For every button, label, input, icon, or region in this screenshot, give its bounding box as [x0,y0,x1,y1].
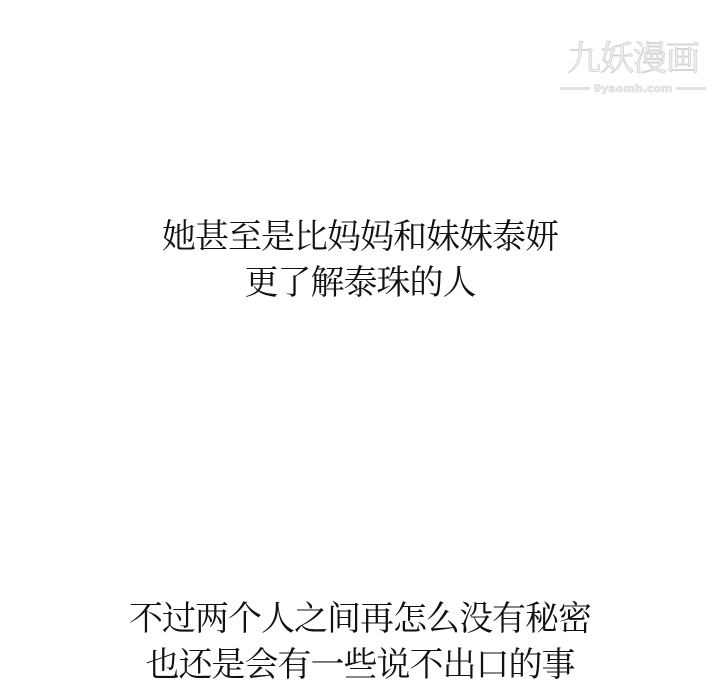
caption-bottom-line-1: 不过两个人之间再怎么没有秘密 [0,596,720,642]
watermark-divider-left [560,87,590,90]
watermark-subtitle: 9yaomh.com [594,82,673,95]
caption-top-line-1: 她甚至是比妈妈和妹妹泰妍 [0,214,720,260]
caption-bottom: 不过两个人之间再怎么没有秘密 也还是会有一些说不出口的事 [0,596,720,688]
watermark-subtitle-row: 9yaomh.com [548,82,718,95]
watermark-title: 九妖漫画 [548,40,718,78]
caption-top: 她甚至是比妈妈和妹妹泰妍 更了解泰珠的人 [0,214,720,306]
watermark-divider-right [676,87,706,90]
caption-top-line-2: 更了解泰珠的人 [0,260,720,306]
comic-panel: 九妖漫画 9yaomh.com 她甚至是比妈妈和妹妹泰妍 更了解泰珠的人 不过两… [0,0,720,700]
watermark: 九妖漫画 9yaomh.com [548,40,718,95]
caption-bottom-line-2: 也还是会有一些说不出口的事 [0,642,720,688]
